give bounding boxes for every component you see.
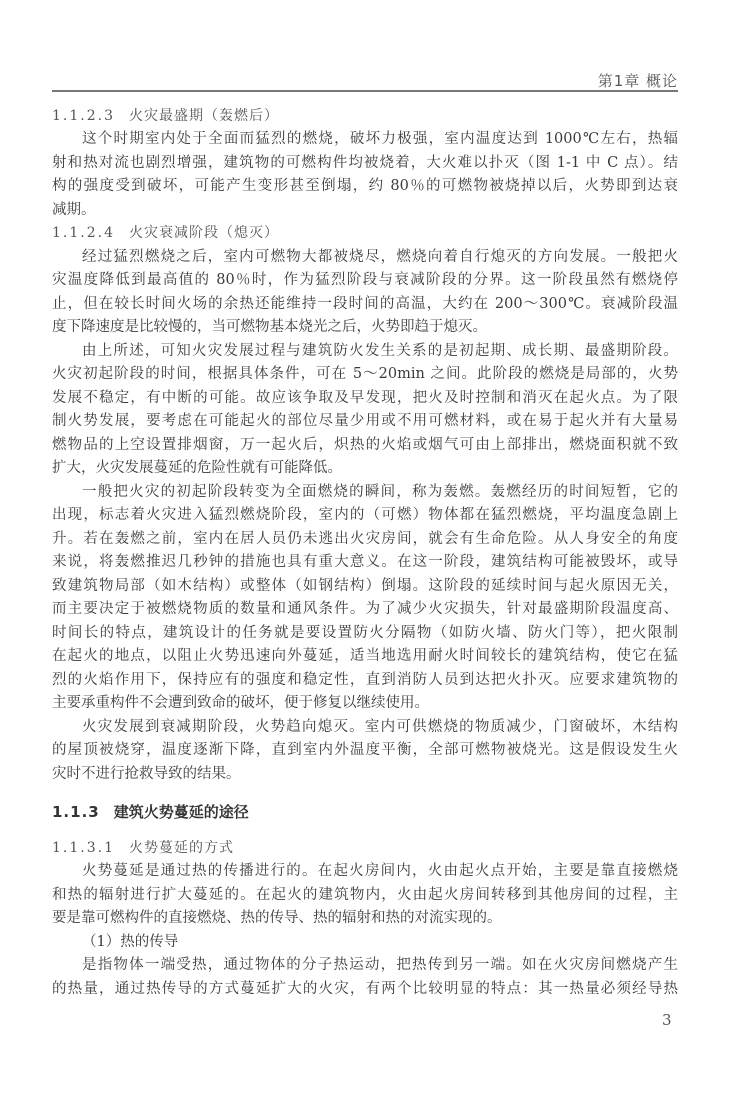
paragraph-line: 火势蔓延是通过热的传播进行的。在起火房间内，火由起火点开始，主要是靠直接燃烧	[82, 861, 678, 881]
heading-title: 火灾衰减阶段（熄灭）	[129, 225, 279, 241]
subsection-heading: 1.1.2.3火灾最盛期（轰燃后）	[52, 106, 678, 126]
paragraph-line: 主要承重构件不会遭到致命的破坏，便于修复以继续使用。	[52, 693, 678, 713]
paragraph-line: 止，但在较长时间火场的余热还能维持一段时间的高温，大约在 200～300℃。衰减…	[52, 294, 678, 314]
paragraph-line: 和热的辐射进行扩大蔓延的。在起火的建筑物内，火由起火房间转移到其他房间的过程，主	[52, 885, 678, 905]
paragraph-line: 扩大，火灾发展蔓延的危险性就有可能降低。	[52, 458, 678, 478]
paragraph-line: 经过猛烈燃烧之后，室内可燃物大都被烧尽，燃烧向着自行熄灭的方向发展。一般把火	[82, 247, 678, 267]
paragraph-line: 来说，将轰燃推迟几秒钟的措施也具有重大意义。在这一阶段，建筑结构可能被毁坏，或导	[52, 552, 678, 572]
paragraph-line: 这个时期室内处于全面而猛烈的燃烧，破坏力极强，室内温度达到 1000℃左右，热辐	[82, 129, 678, 149]
heading-title: 火势蔓延的方式	[129, 840, 234, 856]
paragraph-line: 减期。	[52, 200, 678, 220]
paragraph-line: 火灾发展到衰减期阶段，火势趋向熄灭。室内可供燃烧的物质减少，门窗破坏，木结构	[82, 717, 678, 737]
paragraph-line: 灾时不进行抢救导致的结果。	[52, 764, 678, 784]
paragraph-line: （1）热的传导	[82, 932, 678, 952]
paragraph-line: 要是靠可燃构件的直接燃烧、热的传导、热的辐射和热的对流实现的。	[52, 908, 678, 928]
paragraph-line: 时间长的特点，建筑设计的任务就是要设置防火分隔物（如防火墙、防火门等），把火限制	[52, 623, 678, 643]
paragraph-line: 的热量，通过热传导的方式蔓延扩大的火灾，有两个比较明显的特点：其一热量必须经导热	[52, 979, 678, 999]
paragraph-line: 由上所述，可知火灾发展过程与建筑防火发生关系的是初起期、成长期、最盛期阶段。	[82, 341, 678, 361]
paragraph-line: 致建筑物局部（如木结构）或整体（如钢结构）倒塌。这阶段的延续时间与起火原因无关，	[52, 576, 678, 596]
subsection-heading: 1.1.3.1火势蔓延的方式	[52, 838, 678, 858]
paragraph-line: 灾温度降低到最高值的 80％时，作为猛烈阶段与衰减阶段的分界。这一阶段虽然有燃烧…	[52, 270, 678, 290]
paragraph-line: 而主要决定于被燃烧物质的数量和通风条件。为了减少火灾损失，针对最盛期阶段温度高、	[52, 599, 678, 619]
paragraph-line: 是指物体一端受热，通过物体的分子热运动，把热传到另一端。如在火灾房间燃烧产生	[82, 955, 678, 975]
paragraph-line: 火灾初起阶段的时间，根据具体条件，可在 5～20min 之间。此阶段的燃烧是局部…	[52, 364, 678, 384]
paragraph-line: 度下降速度是比较慢的，当可燃物基本烧光之后，火势即趋于熄灭。	[52, 317, 678, 337]
paragraph-line: 燃物品的上空设置排烟窗，万一起火后，炽热的火焰或烟气可由上部排出，燃烧面积就不致	[52, 435, 678, 455]
paragraph-line: 制火势发展，要考虑在可能起火的部位尽量少用或不用可燃材料，或在易于起火并有大量易	[52, 411, 678, 431]
page-number: 3	[662, 1011, 672, 1029]
paragraph-line: 一般把火灾的初起阶段转变为全面燃烧的瞬间，称为轰燃。轰燃经历的时间短暂，它的	[82, 482, 678, 502]
paragraph-line: 升。若在轰燃之前，室内在居人员仍未逃出火灾房间，就会有生命危险。从人身安全的角度	[52, 529, 678, 549]
heading-number: 1.1.3	[52, 803, 100, 821]
heading-title: 建筑火势蔓延的途径	[114, 803, 249, 821]
paragraph-line: 射和热对流也剧烈增强，建筑物的可燃构件均被烧着，大火难以扑灭（图 1-1 中 C…	[52, 153, 678, 173]
heading-number: 1.1.3.1	[52, 840, 115, 856]
heading-title: 火灾最盛期（轰燃后）	[129, 108, 279, 124]
paragraph-line: 烈的火焰作用下，保持应有的强度和稳定性，直到消防人员到达把火扑灭。应要求建筑物的	[52, 670, 678, 690]
header-rule	[52, 90, 678, 92]
heading-number: 1.1.2.3	[52, 108, 115, 124]
paragraph-line: 发展不稳定，有中断的可能。故应该争取及早发现，把火及时控制和消灭在起火点。为了限	[52, 388, 678, 408]
section-heading: 1.1.3建筑火势蔓延的途径	[52, 802, 678, 822]
paragraph-line: 构的强度受到破坏，可能产生变形甚至倒塌，约 80％的可燃物被烧掉以后，火势即到达…	[52, 176, 678, 196]
subsection-heading: 1.1.2.4火灾衰减阶段（熄灭）	[52, 223, 678, 243]
paragraph-line: 在起火的地点，以阻止火势迅速向外蔓延，适当地选用耐火时间较长的建筑结构，使它在猛	[52, 646, 678, 666]
paragraph-line: 出现，标志着火灾进入猛烈燃烧阶段，室内的（可燃）物体都在猛烈燃烧，平均温度急剧上	[52, 505, 678, 525]
paragraph-line: 的屋顶被烧穿，温度逐渐下降，直到室内外温度平衡，全部可燃物被烧光。这是假设发生火	[52, 740, 678, 760]
running-header-chapter: 第1章 概论	[598, 70, 678, 91]
heading-number: 1.1.2.4	[52, 225, 115, 241]
